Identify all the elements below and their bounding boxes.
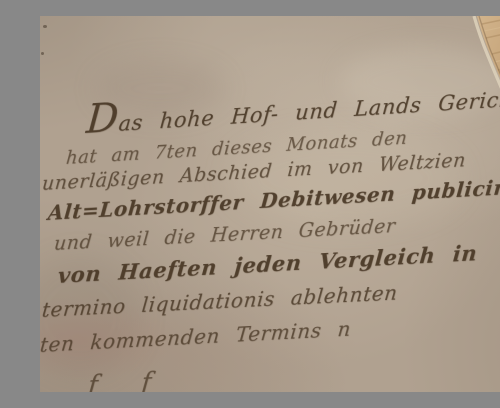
manuscript-line-9-fragment: f f — [87, 370, 153, 392]
ink-speck — [43, 25, 47, 28]
document-photo: Das hohe Hof- und Lands Gericht hat am 7… — [40, 16, 500, 392]
manuscript-line-7: termino liquidationis ablehnten — [41, 283, 399, 321]
manuscript-line-1: Das hohe Hof- und Lands Gericht — [85, 88, 500, 137]
manuscript-line-8: ten kommenden Termins n — [40, 319, 352, 355]
ink-speck — [41, 52, 44, 55]
